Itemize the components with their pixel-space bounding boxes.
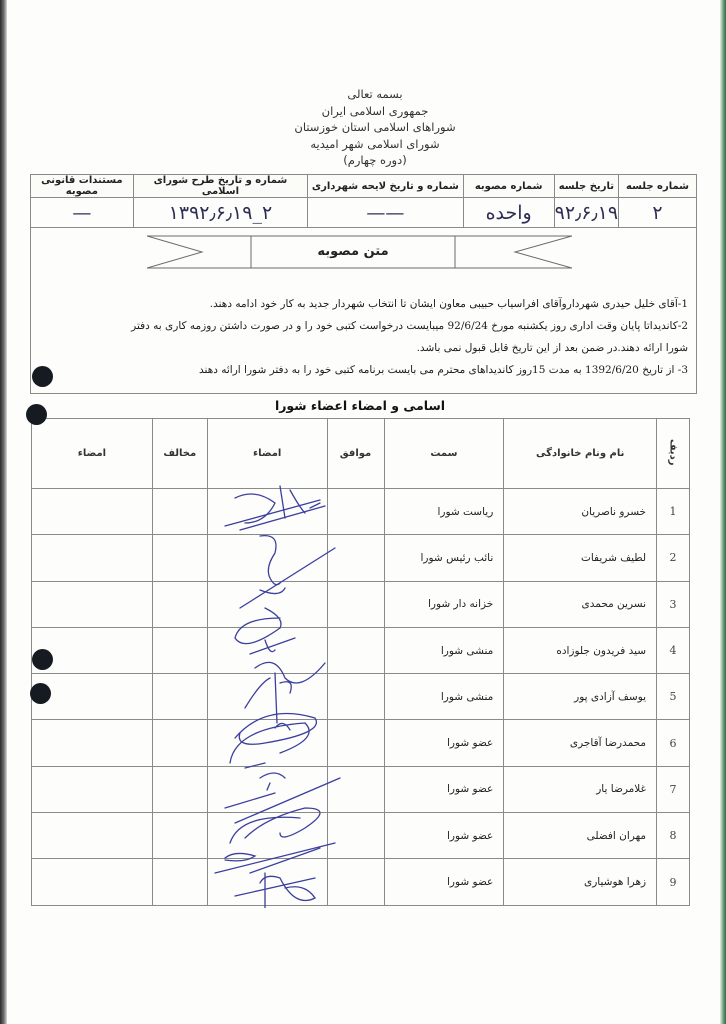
col-council-plan: شماره و تاریخ طرح شورای اسلامی — [133, 175, 307, 198]
letterhead-line: (دوره چهارم) — [250, 152, 500, 169]
oppose-signature-cell — [32, 581, 153, 627]
punch-hole — [32, 649, 53, 670]
agree-cell — [327, 859, 384, 905]
member-row: 8 مهران افضلی عضو شورا — [32, 813, 690, 859]
agree-signature-cell — [207, 813, 327, 859]
municipal-bill-value: —— — [308, 198, 464, 228]
col-agree: موافق — [327, 419, 384, 489]
col-role: سمت — [384, 419, 504, 489]
agree-cell — [327, 674, 384, 720]
member-index: 4 — [657, 627, 690, 673]
oppose-cell — [152, 627, 207, 673]
oppose-signature-cell — [32, 859, 153, 905]
scan-edge-right — [720, 0, 726, 1024]
member-role: عضو شورا — [384, 720, 504, 766]
member-name: محمدرضا آقاجری — [504, 720, 657, 766]
member-name: سید فریدون جلوزاده — [504, 627, 657, 673]
member-name: غلامرضا یار — [504, 766, 657, 812]
agree-signature-cell — [207, 720, 327, 766]
member-index: 6 — [657, 720, 690, 766]
member-role: نائب رئیس شورا — [384, 535, 504, 581]
oppose-cell — [152, 766, 207, 812]
oppose-cell — [152, 859, 207, 905]
member-name: نسرین محمدی — [504, 581, 657, 627]
col-resolution-number: شماره مصوبه — [463, 175, 554, 198]
member-name: یوسف آزادی پور — [504, 674, 657, 720]
member-row: 1 خسرو ناصریان ریاست شورا — [32, 489, 690, 535]
agree-cell — [327, 489, 384, 535]
col-session-number: شماره جلسه — [619, 175, 697, 198]
member-name: لطیف شریفات — [504, 535, 657, 581]
member-role: عضو شورا — [384, 766, 504, 812]
oppose-cell — [152, 489, 207, 535]
oppose-signature-cell — [32, 489, 153, 535]
letterhead-line: بسمه تعالی — [250, 86, 500, 103]
member-role: عضو شورا — [384, 859, 504, 905]
member-index: 5 — [657, 674, 690, 720]
approval-line: 3- از تاریخ 1392/6/20 به مدت 15روز کاندی… — [48, 359, 688, 381]
punch-hole — [30, 683, 51, 704]
agree-signature-cell — [207, 674, 327, 720]
letterhead: بسمه تعالی جمهوری اسلامی ایران شوراهای ا… — [250, 86, 500, 169]
agree-cell — [327, 627, 384, 673]
agree-signature-cell — [207, 581, 327, 627]
agree-signature-cell — [207, 766, 327, 812]
member-row: 5 یوسف آزادی پور منشی شورا — [32, 674, 690, 720]
letterhead-line: شورای اسلامی شهر امیدیه — [250, 136, 500, 153]
member-role: منشی شورا — [384, 674, 504, 720]
punch-hole — [32, 366, 53, 387]
oppose-cell — [152, 581, 207, 627]
oppose-signature-cell — [32, 535, 153, 581]
session-date-value: ۹۲٫۶٫۱۹ — [554, 198, 618, 228]
col-row-label: ردیف — [668, 439, 679, 466]
member-name: مهران افضلی — [504, 813, 657, 859]
session-meta-table: شماره جلسه تاریخ جلسه شماره مصوبه شماره … — [30, 174, 697, 228]
letterhead-line: شوراهای اسلامی استان خوزستان — [250, 119, 500, 136]
col-legal-basis: مستندات قانونی مصوبه — [31, 175, 134, 198]
member-name: خسرو ناصریان — [504, 489, 657, 535]
col-name: نام ونام خانوادگی — [504, 419, 657, 489]
member-row: 7 غلامرضا یار عضو شورا — [32, 766, 690, 812]
member-index: 1 — [657, 489, 690, 535]
member-role: عضو شورا — [384, 813, 504, 859]
member-index: 3 — [657, 581, 690, 627]
col-oppose-signature: امضاء — [32, 419, 153, 489]
legal-basis-value: — — [31, 198, 134, 228]
oppose-cell — [152, 535, 207, 581]
letterhead-line: جمهوری اسلامی ایران — [250, 103, 500, 120]
approval-line: شورا ارائه دهند.در ضمن بعد از این تاریخ … — [48, 337, 688, 359]
col-oppose: مخالف — [152, 419, 207, 489]
agree-signature-cell — [207, 859, 327, 905]
member-row: 4 سید فریدون جلوزاده منشی شورا — [32, 627, 690, 673]
approval-line: 2-کاندیداتا پایان وقت اداری روز یکشنبه م… — [48, 315, 688, 337]
resolution-number-value: واحده — [463, 198, 554, 228]
col-municipal-bill: شماره و تاریخ لایحه شهرداری — [308, 175, 464, 198]
member-row: 3 نسرین محمدی خزانه دار شورا — [32, 581, 690, 627]
col-agree-signature: امضاء — [207, 419, 327, 489]
meta-header-row: شماره جلسه تاریخ جلسه شماره مصوبه شماره … — [31, 175, 697, 198]
member-name: زهرا هوشیاری — [504, 859, 657, 905]
agree-signature-cell — [207, 489, 327, 535]
member-index: 9 — [657, 859, 690, 905]
oppose-cell — [152, 720, 207, 766]
col-row: ردیف — [657, 419, 690, 489]
member-role: منشی شورا — [384, 627, 504, 673]
oppose-signature-cell — [32, 813, 153, 859]
agree-signature-cell — [207, 535, 327, 581]
council-plan-value: ۲_۱۳۹۲٫۶٫۱۹ — [133, 198, 307, 228]
oppose-signature-cell — [32, 720, 153, 766]
scan-edge-left — [0, 0, 7, 1024]
member-row: 9 زهرا هوشیاری عضو شورا — [32, 859, 690, 905]
oppose-signature-cell — [32, 766, 153, 812]
members-table: ردیف نام ونام خانوادگی سمت موافق امضاء م… — [31, 418, 690, 906]
agree-cell — [327, 813, 384, 859]
approval-title: متن مصوبه — [251, 235, 455, 269]
agree-cell — [327, 535, 384, 581]
agree-cell — [327, 720, 384, 766]
member-index: 2 — [657, 535, 690, 581]
oppose-cell — [152, 813, 207, 859]
agree-cell — [327, 581, 384, 627]
punch-hole — [26, 404, 47, 425]
agree-cell — [327, 766, 384, 812]
member-role: خزانه دار شورا — [384, 581, 504, 627]
member-index: 7 — [657, 766, 690, 812]
member-index: 8 — [657, 813, 690, 859]
session-number-value: ۲ — [619, 198, 697, 228]
member-row: 2 لطیف شریفات نائب رئیس شورا — [32, 535, 690, 581]
approval-line: 1-آقای خلیل حیدری شهرداروآقای افراسیاب ح… — [48, 293, 688, 315]
approval-banner: متن مصوبه — [147, 235, 572, 269]
approval-body: 1-آقای خلیل حیدری شهرداروآقای افراسیاب ح… — [48, 293, 688, 381]
member-row: 6 محمدرضا آقاجری عضو شورا — [32, 720, 690, 766]
agree-signature-cell — [207, 627, 327, 673]
meta-value-row: ۲ ۹۲٫۶٫۱۹ واحده —— ۲_۱۳۹۲٫۶٫۱۹ — — [31, 198, 697, 228]
members-header-row: ردیف نام ونام خانوادگی سمت موافق امضاء م… — [32, 419, 690, 489]
oppose-cell — [152, 674, 207, 720]
col-session-date: تاریخ جلسه — [554, 175, 618, 198]
member-role: ریاست شورا — [384, 489, 504, 535]
members-title: اسامی و امضاء اعضاء شورا — [260, 398, 460, 413]
